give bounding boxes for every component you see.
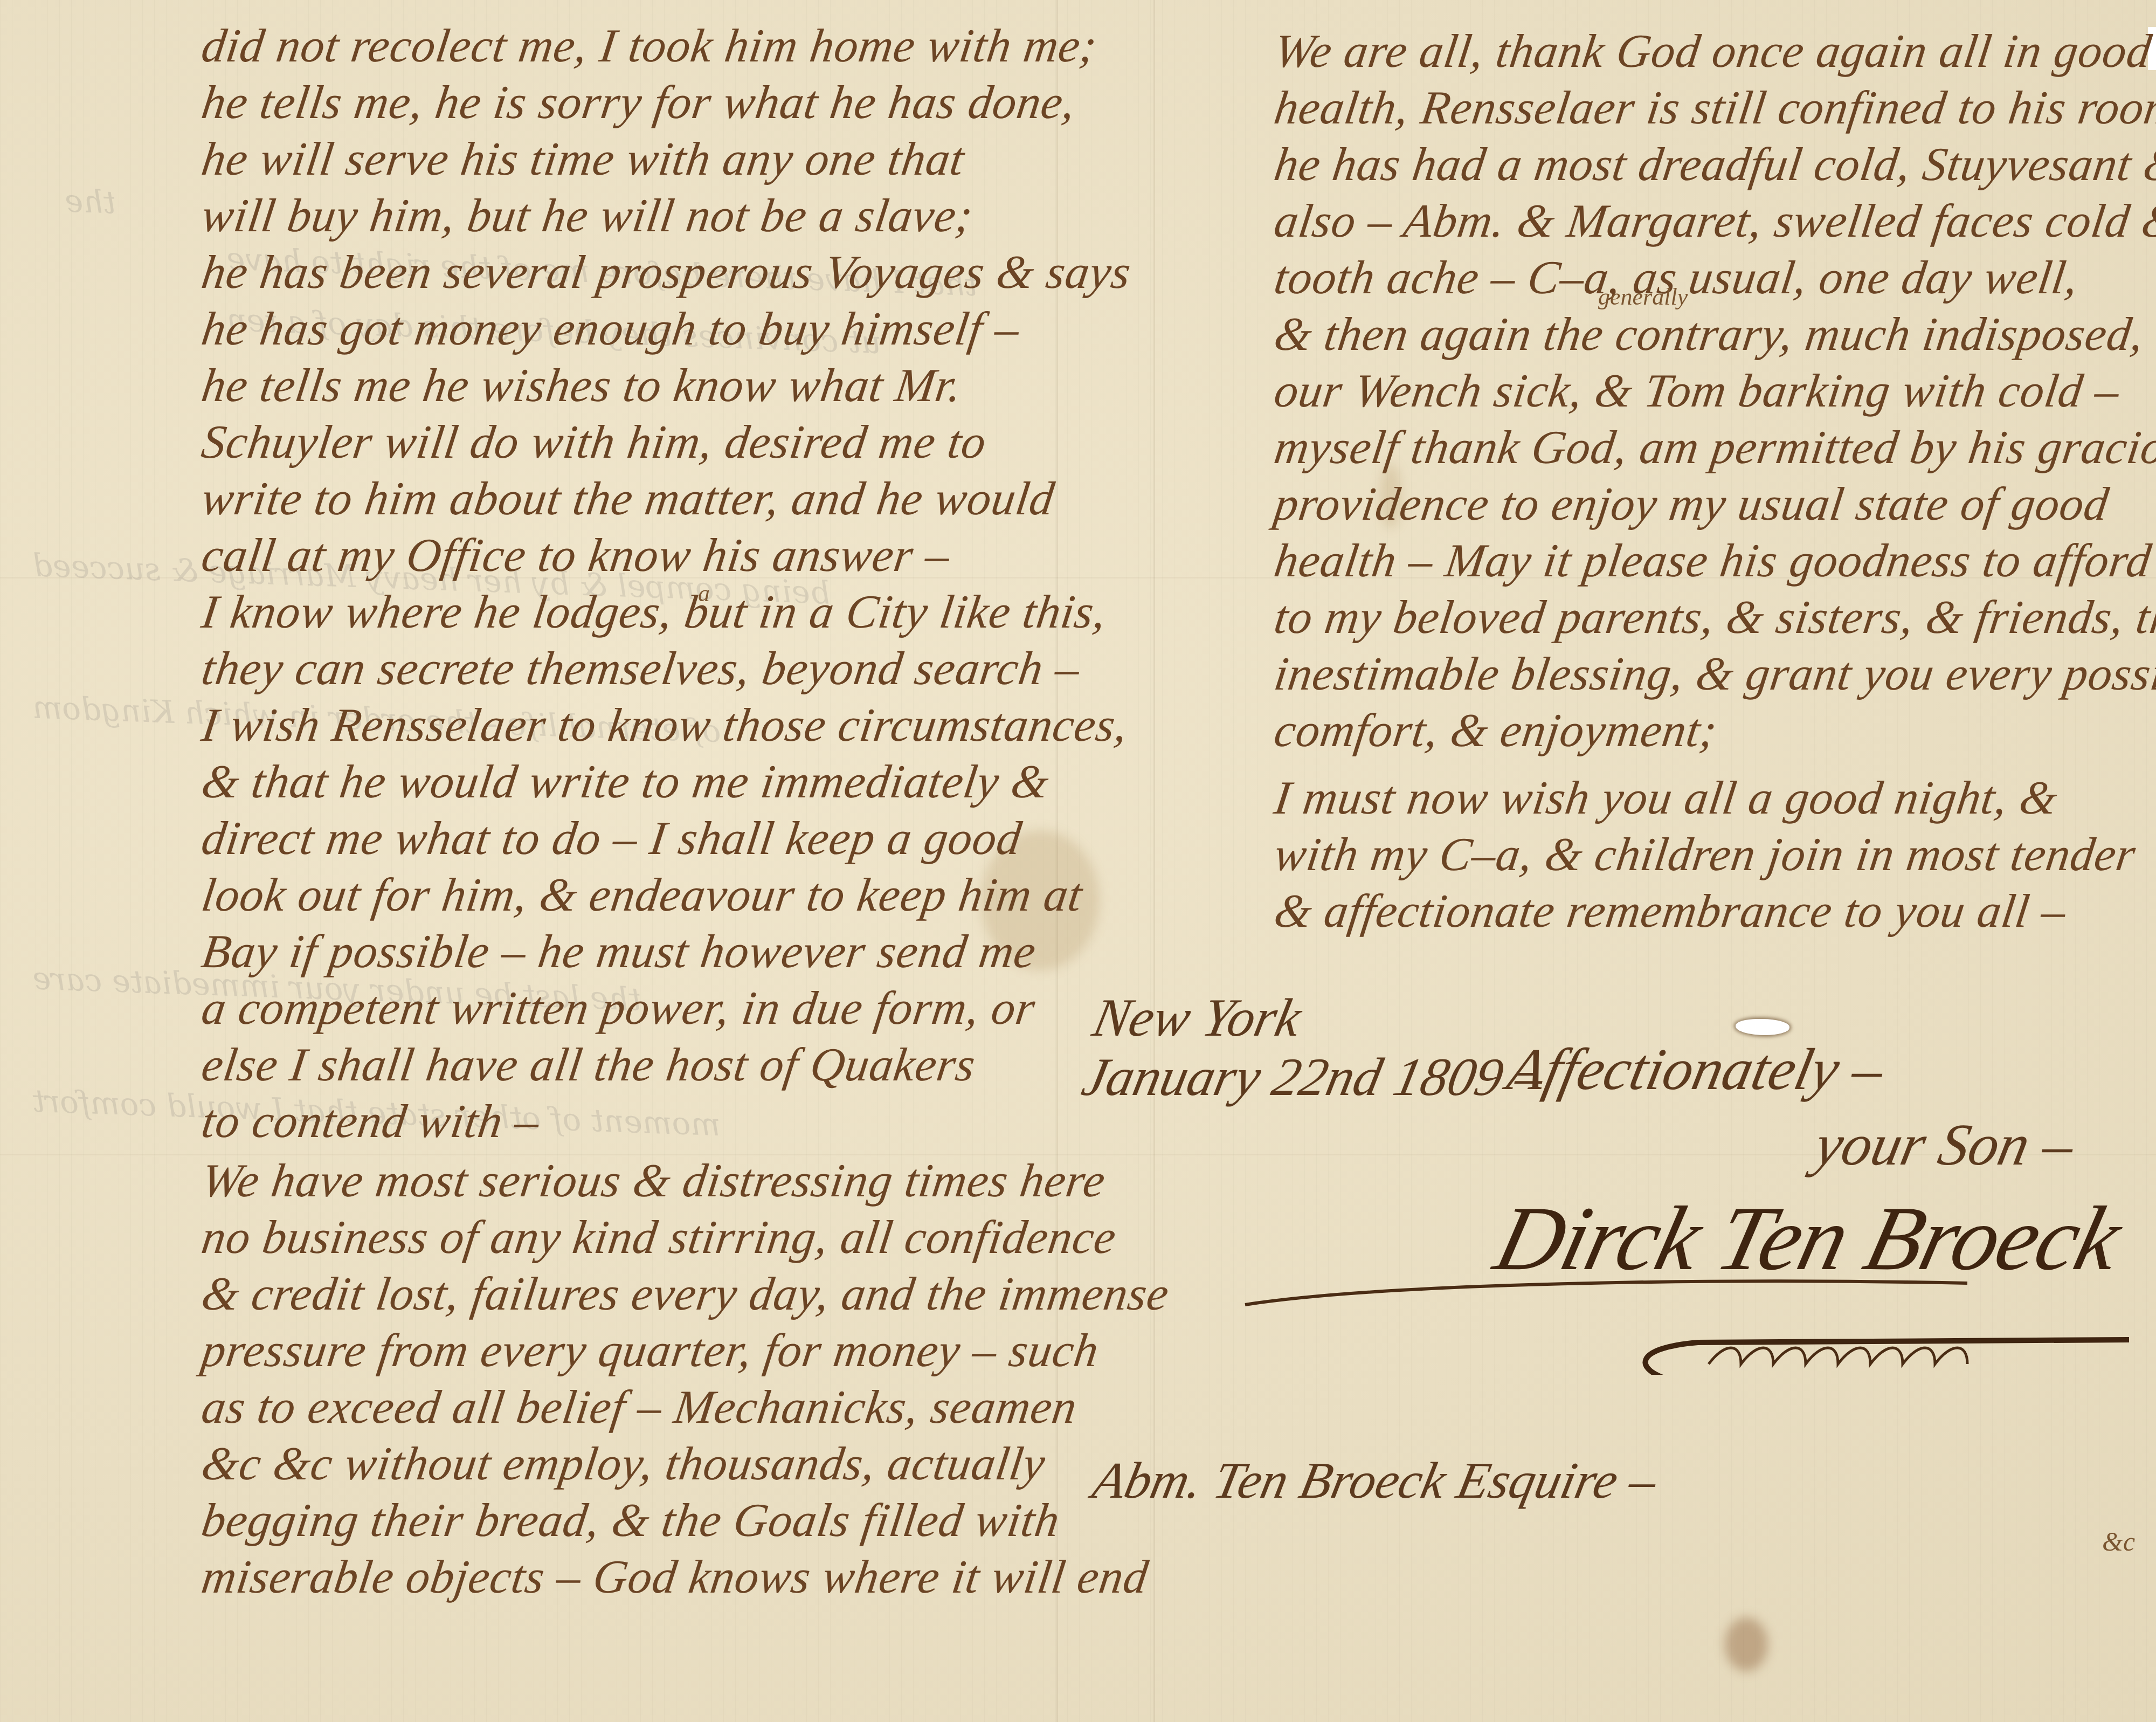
text-line: begging their bread, & the Goals filled …: [198, 1493, 1063, 1548]
right-page: We are all, thank God once again all in …: [1275, 0, 2148, 1078]
text-line: miserable objects – God knows where it w…: [198, 1550, 1152, 1604]
text-line: health – May it please his goodness to a…: [1271, 534, 2155, 588]
dateline-place: New York: [1088, 987, 1307, 1049]
closing-relation: your Son –: [1809, 1111, 2081, 1179]
signature-flourish-icon: [1224, 1240, 2156, 1375]
text-line: a competent written power, in due form, …: [198, 981, 1039, 1036]
text-line: myself thank God, am permitted by his gr…: [1271, 421, 2156, 475]
text-line: Schuyler will do with him, desired me to: [198, 415, 990, 470]
text-line: he tells me, he is sorry for what he has…: [198, 75, 1079, 130]
text-line: he has had a most dreadful cold, Stuyves…: [1271, 137, 2156, 192]
dateline-date: January 22nd 1809 –: [1077, 1046, 1550, 1108]
text-line: with my C–a, & children join in most ten…: [1271, 828, 2139, 882]
addressee: Abm. Ten Broeck Esquire –: [1088, 1450, 1662, 1510]
ink-blot: [1725, 1617, 1768, 1671]
text-line: also – Abm. & Margaret, swelled faces co…: [1271, 194, 2156, 249]
text-line: I know where he lodges, but in a City li…: [198, 585, 1110, 639]
text-line: & affectionate remembrance to you all –: [1271, 884, 2070, 939]
text-line: I wish Rensselaer to know those circumst…: [198, 698, 1131, 753]
interlinear-insertion: a: [698, 580, 710, 607]
text-line: else I shall have all the host of Quaker…: [198, 1038, 979, 1092]
letter-sheet: the that I have there before me of the r…: [0, 0, 2156, 1722]
text-line: as to exceed all belief – Mechanicks, se…: [198, 1380, 1081, 1435]
text-line: direct me what to do – I shall keep a go…: [198, 811, 1025, 866]
valediction: Affectionately –: [1502, 1035, 1890, 1104]
text-line: comfort, & enjoyment;: [1271, 704, 1720, 758]
text-line: will buy him, but he will not be a slave…: [198, 189, 976, 243]
text-line: inestimable blessing, & grant you every …: [1271, 647, 2156, 701]
text-line: he has got money enough to buy himself –: [198, 302, 1023, 356]
text-line: he will serve his time with any one that: [198, 132, 968, 187]
interlinear-insertion: generally: [1598, 283, 1688, 311]
text-line: they can secrete themselves, beyond sear…: [198, 642, 1083, 696]
text-line: & then again the contrary, much indispos…: [1271, 307, 2147, 362]
text-line: pressure from every quarter, for money –…: [198, 1324, 1102, 1378]
text-line: our Wench sick, & Tom barking with cold …: [1271, 364, 2123, 418]
text-line: We have most serious & distressing times…: [198, 1154, 1109, 1208]
left-page: did not recolect me, I took him home wit…: [202, 0, 1065, 1722]
text-line: I must now wish you all a good night, &: [1271, 771, 2061, 825]
text-line: did not recolect me, I took him home wit…: [198, 19, 1101, 73]
text-line: he has been several prosperous Voyages &…: [198, 245, 1135, 300]
text-line: Bay if possible – he must however send m…: [198, 925, 1040, 979]
text-line: & that he would write to me immediately …: [198, 755, 1053, 809]
text-line: write to him about the matter, and he wo…: [198, 472, 1058, 526]
text-line: to contend with –: [198, 1094, 543, 1149]
text-line: look out for him, & endeavour to keep hi…: [198, 868, 1086, 922]
text-line: &c &c without employ, thousands, actuall…: [198, 1437, 1049, 1491]
text-line: to my beloved parents, & sisters, & frie…: [1271, 590, 2156, 645]
margin-mark: &c: [2102, 1526, 2135, 1557]
text-line: & credit lost, failures every day, and t…: [198, 1267, 1173, 1321]
text-line: no business of any kind stirring, all co…: [198, 1210, 1120, 1265]
text-line: health, Rensselaer is still confined to …: [1271, 81, 2156, 135]
text-line: call at my Office to know his answer –: [198, 528, 953, 583]
text-line: he tells me he wishes to know what Mr.: [198, 359, 965, 413]
text-line: providence to enjoy my usual state of go…: [1271, 477, 2112, 532]
text-line: We are all, thank God once again all in …: [1271, 24, 2155, 79]
